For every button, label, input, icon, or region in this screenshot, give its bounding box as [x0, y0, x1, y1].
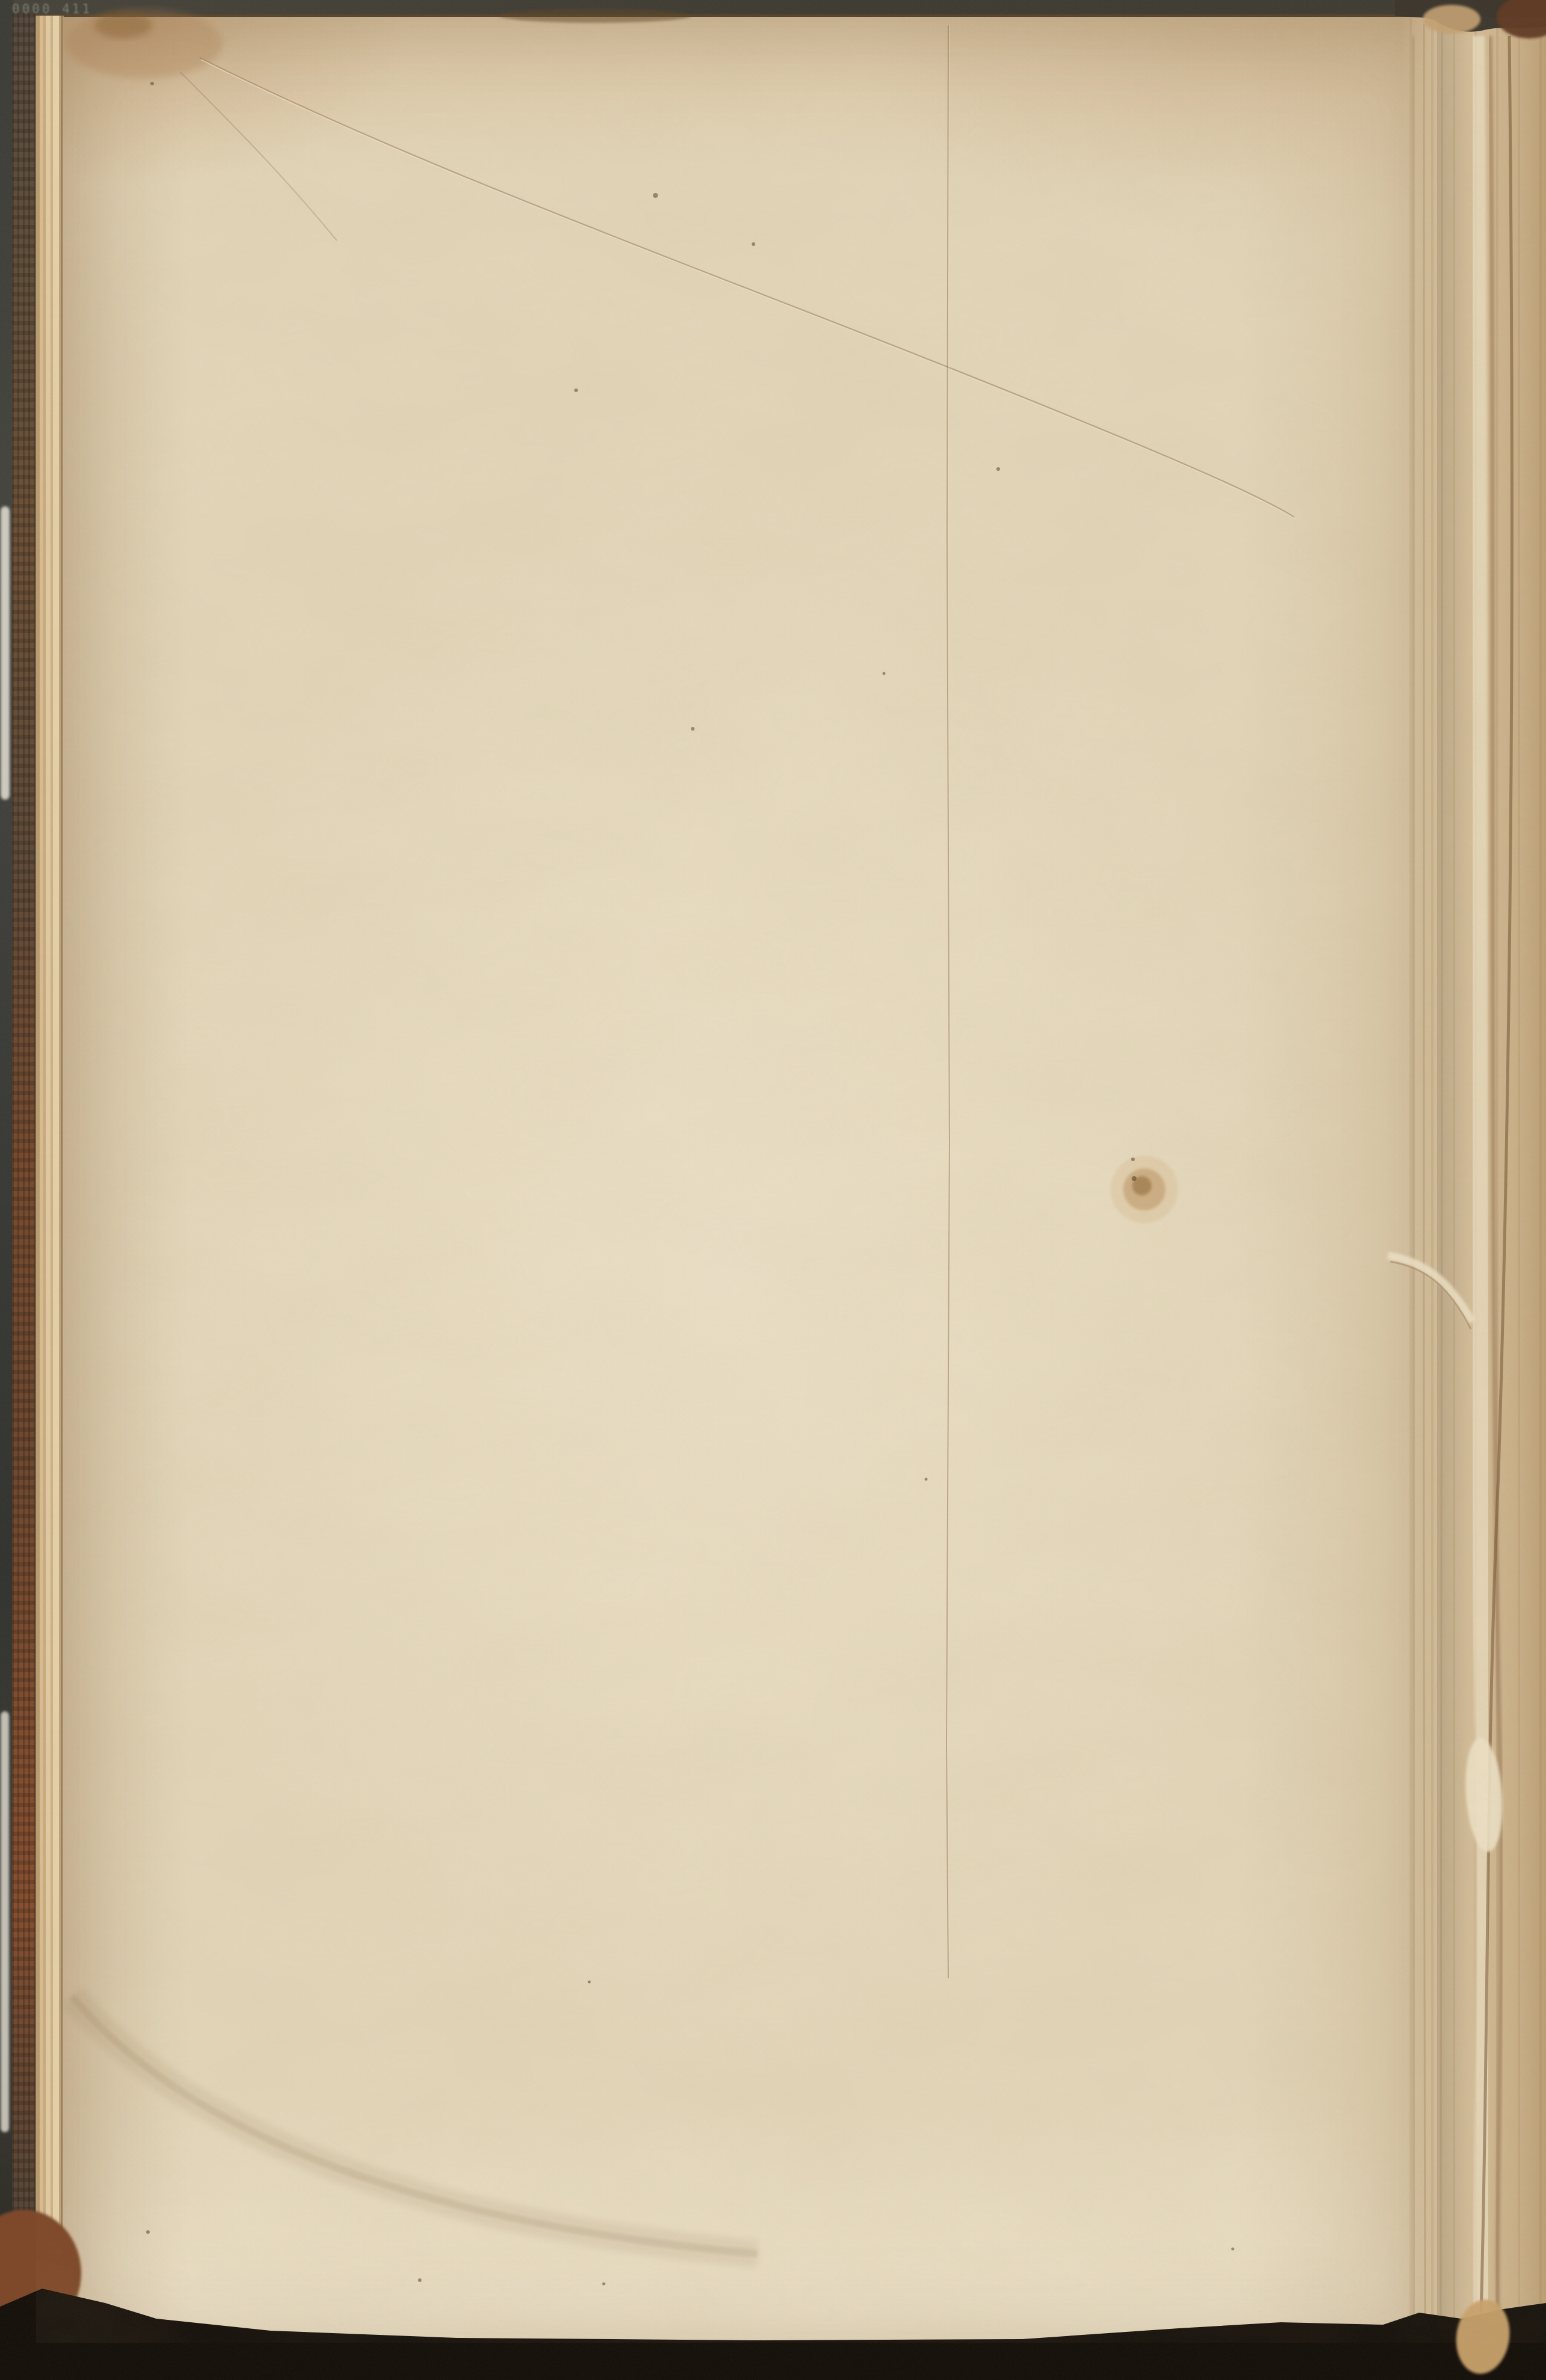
scan-details-overlay: [0, 0, 1546, 2380]
book-scan: 0000 411: [0, 0, 1546, 2380]
paper-grain-overlay: [0, 0, 1546, 2380]
